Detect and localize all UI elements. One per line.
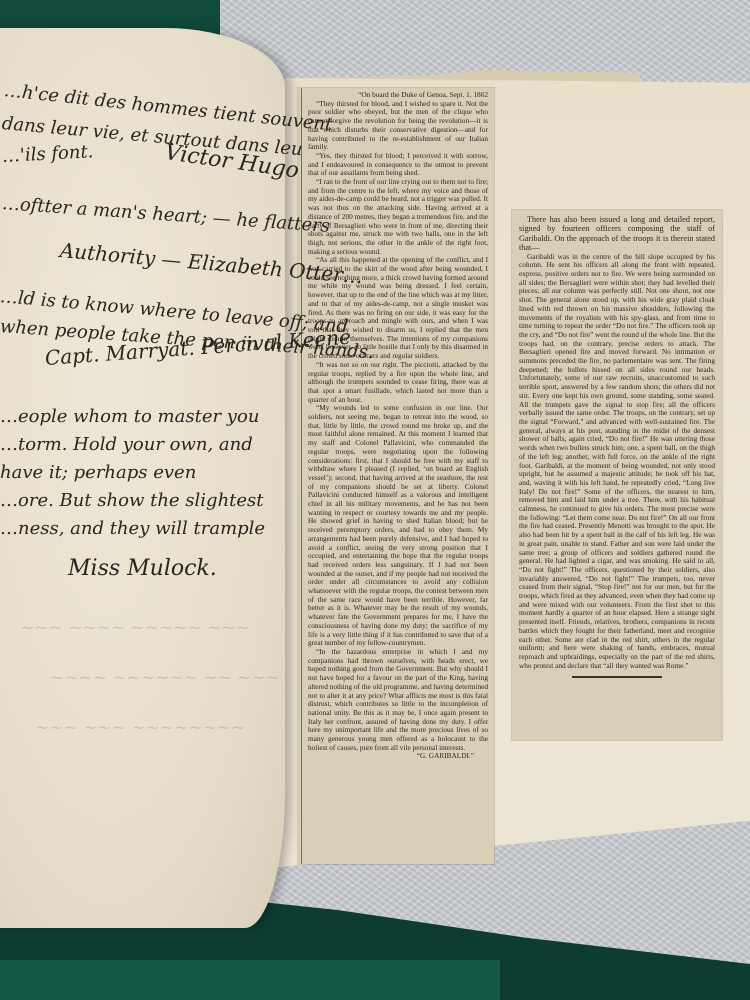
clipping-end-rule — [572, 676, 662, 678]
quote-line: …ness, and they will trample — [0, 518, 265, 539]
quote-line: …oftter a man's heart; — he flatters — [1, 193, 330, 237]
garibaldi-letter-clipping: “On board the Duke of Genoa, Sept. 1. 18… — [298, 88, 494, 864]
quote-line: …ore. But show the slightest — [0, 490, 264, 511]
left-handwritten-page: …h'ce dit des hommes tient souvent dans … — [0, 28, 285, 928]
letter-paragraph: “In the hazardous enterprise in which I … — [308, 648, 488, 752]
report-intro: There has also been issued a long and de… — [519, 215, 715, 253]
show-through-writing: ~~~~ ~~~~~~ ~~ ~~~ — [50, 668, 280, 688]
show-through-writing: ~~~ ~~~ ~~~~~~~~ — [35, 718, 245, 738]
letter-paragraph: “They thirsted for blood, and I wished t… — [308, 100, 488, 152]
quote-line: …'ils font. — [1, 141, 93, 167]
letter-paragraph: “It was not so on our right. The picciot… — [308, 361, 488, 405]
letter-signature: “G. GARIBALDI.” — [308, 752, 488, 761]
quote-author: Miss Mulock. — [68, 556, 217, 581]
officers-report-clipping: There has also been issued a long and de… — [512, 210, 722, 740]
green-felt-fold — [0, 960, 500, 1000]
show-through-writing: ~~~ ~~~~ ~~~~~ ~~~ — [20, 618, 250, 638]
letter-paragraph: “My wounds led to some confusion in our … — [308, 404, 488, 648]
quote-line: …torm. Hold your own, and — [0, 434, 253, 455]
quote-line: have it; perhaps even — [0, 462, 196, 483]
report-body: Garibaldi was in the centre of the hill … — [519, 253, 715, 671]
letter-paragraph: “Yes, they thirsted for blood; I perceiv… — [308, 152, 488, 178]
quote-line: …eople whom to master you — [0, 406, 259, 427]
letter-paragraph: “I ran to the front of our line crying o… — [308, 178, 488, 256]
